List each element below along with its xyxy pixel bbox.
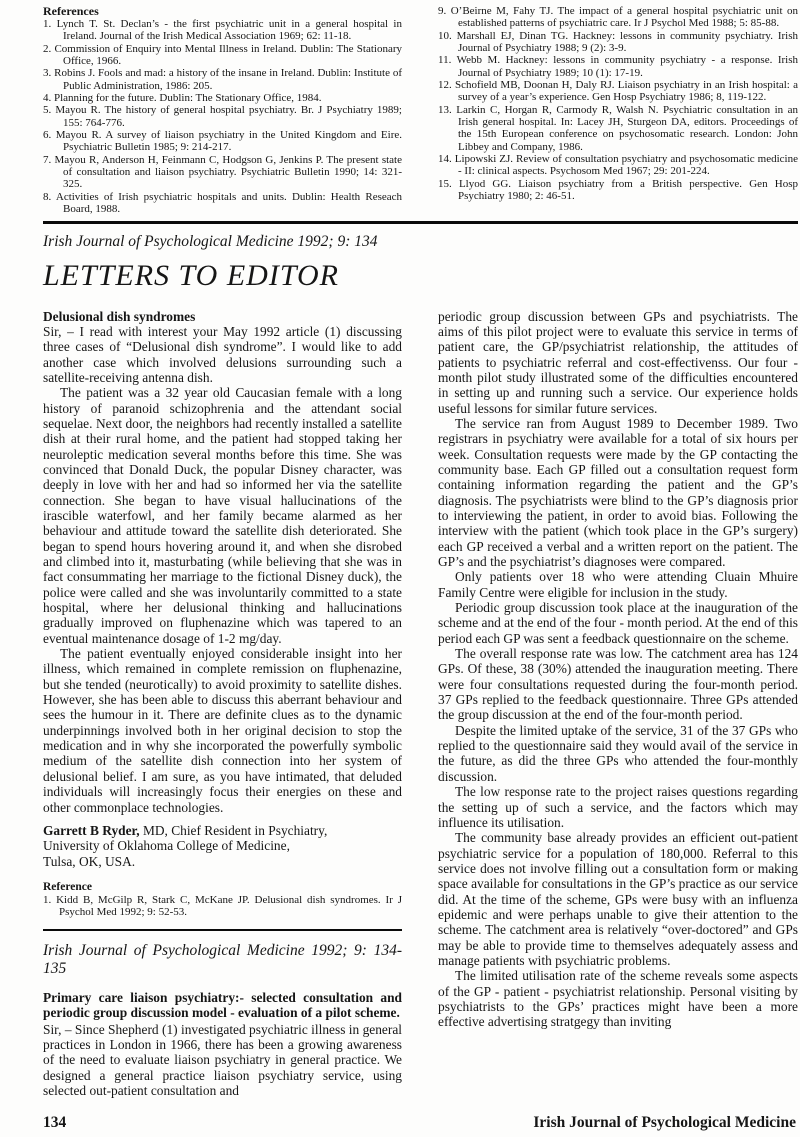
letters-column-right: periodic group discussion between GPs an… <box>438 309 798 1099</box>
letter-paragraph: The service ran from August 1989 to Dece… <box>438 416 798 569</box>
signature-block: Garrett B Ryder, MD, Chief Resident in P… <box>43 823 402 869</box>
reference-item: 12. Schofield MB, Doonan H, Daly RJ. Lia… <box>438 79 798 104</box>
reference-item: 1. Lynch T. St. Declan’s - the first psy… <box>43 18 402 43</box>
letter-paragraph: Sir, – Since Shepherd (1) investigated p… <box>43 1022 402 1099</box>
references-column-left: References 1. Lynch T. St. Declan’s - th… <box>43 5 402 216</box>
letter-paragraph: Despite the limited uptake of the servic… <box>438 723 798 784</box>
letter-paragraph: Only patients over 18 who were attending… <box>438 569 798 600</box>
letters-column-left: Delusional dish syndromes Sir, – I read … <box>43 309 402 1099</box>
signature-author: Garrett B Ryder, <box>43 823 140 838</box>
reference-item: 13. Larkin C, Horgan R, Carmody R, Walsh… <box>438 104 798 153</box>
journal-citation: Irish Journal of Psychological Medicine … <box>43 233 798 251</box>
letter-paragraph: The overall response rate was low. The c… <box>438 646 798 723</box>
letters-body: Delusional dish syndromes Sir, – I read … <box>43 309 798 1099</box>
reference-item: 11. Webb M. Hackney: lessons in communit… <box>438 54 798 79</box>
reference-item: 15. Llyod GG. Liaison psychiatry from a … <box>438 178 798 203</box>
letter2-heading: Primary care liaison psychiatry:- select… <box>43 990 402 1021</box>
reference-item: 4. Planning for the future. Dublin: The … <box>43 92 402 104</box>
signature-title: MD, Chief Resident in Psychiatry, <box>140 823 328 838</box>
letter-paragraph: The limited utilisation rate of the sche… <box>438 968 798 1029</box>
letter-paragraph: The patient was a 32 year old Caucasian … <box>43 385 402 646</box>
reference-item: 1. Kidd B, McGilp R, Stark C, McKane JP.… <box>43 894 402 919</box>
reference-item: 8. Activities of Irish psychiatric hospi… <box>43 191 402 216</box>
letter-paragraph: Periodic group discussion took place at … <box>438 600 798 646</box>
signature-location: Tulsa, OK, USA. <box>43 854 135 869</box>
references-heading: References <box>43 5 402 18</box>
letter-paragraph: Sir, – I read with interest your May 199… <box>43 324 402 385</box>
reference-item: 14. Lipowski ZJ. Review of consultation … <box>438 153 798 178</box>
reference-item: 3. Robins J. Fools and mad: a history of… <box>43 67 402 92</box>
footer-journal-name: Irish Journal of Psychological Medicine <box>533 1114 796 1132</box>
references-section: References 1. Lynch T. St. Declan’s - th… <box>43 5 798 216</box>
signature-affiliation: University of Oklahoma College of Medici… <box>43 838 290 853</box>
reference-item: 9. O’Beirne M, Fahy TJ. The impact of a … <box>438 5 798 30</box>
letter-paragraph: The community base already provides an e… <box>438 830 798 968</box>
reference-item: 5. Mayou R. The history of general hospi… <box>43 104 402 129</box>
reference-item: 7. Mayou R, Anderson H, Feinmann C, Hodg… <box>43 154 402 191</box>
letter-paragraph: The low response rate to the project rai… <box>438 784 798 830</box>
reference-item: 2. Commission of Enquiry into Mental Ill… <box>43 43 402 68</box>
letter1-reference-heading: Reference <box>43 881 402 894</box>
letter-paragraph: The patient eventually enjoyed considera… <box>43 646 402 815</box>
page-footer: 134 Irish Journal of Psychological Medic… <box>43 1114 796 1132</box>
references-column-right: 9. O’Beirne M, Fahy TJ. The impact of a … <box>438 5 798 216</box>
journal-page-scan: References 1. Lynch T. St. Declan’s - th… <box>0 0 800 1137</box>
reference-item: 6. Mayou R. A survey of liaison psychiat… <box>43 129 402 154</box>
letter-paragraph-continuation: periodic group discussion between GPs an… <box>438 309 798 416</box>
footer-page-number: 134 <box>43 1114 66 1132</box>
reference-item: 10. Marshall EJ, Dinan TG. Hackney: less… <box>438 30 798 55</box>
letter1-heading: Delusional dish syndromes <box>43 309 402 324</box>
section-divider-rule <box>43 221 798 224</box>
letter-divider-rule <box>43 929 402 931</box>
page-title: LETTERS TO EDITOR <box>43 260 798 292</box>
journal-citation: Irish Journal of Psychological Medicine … <box>43 942 402 978</box>
